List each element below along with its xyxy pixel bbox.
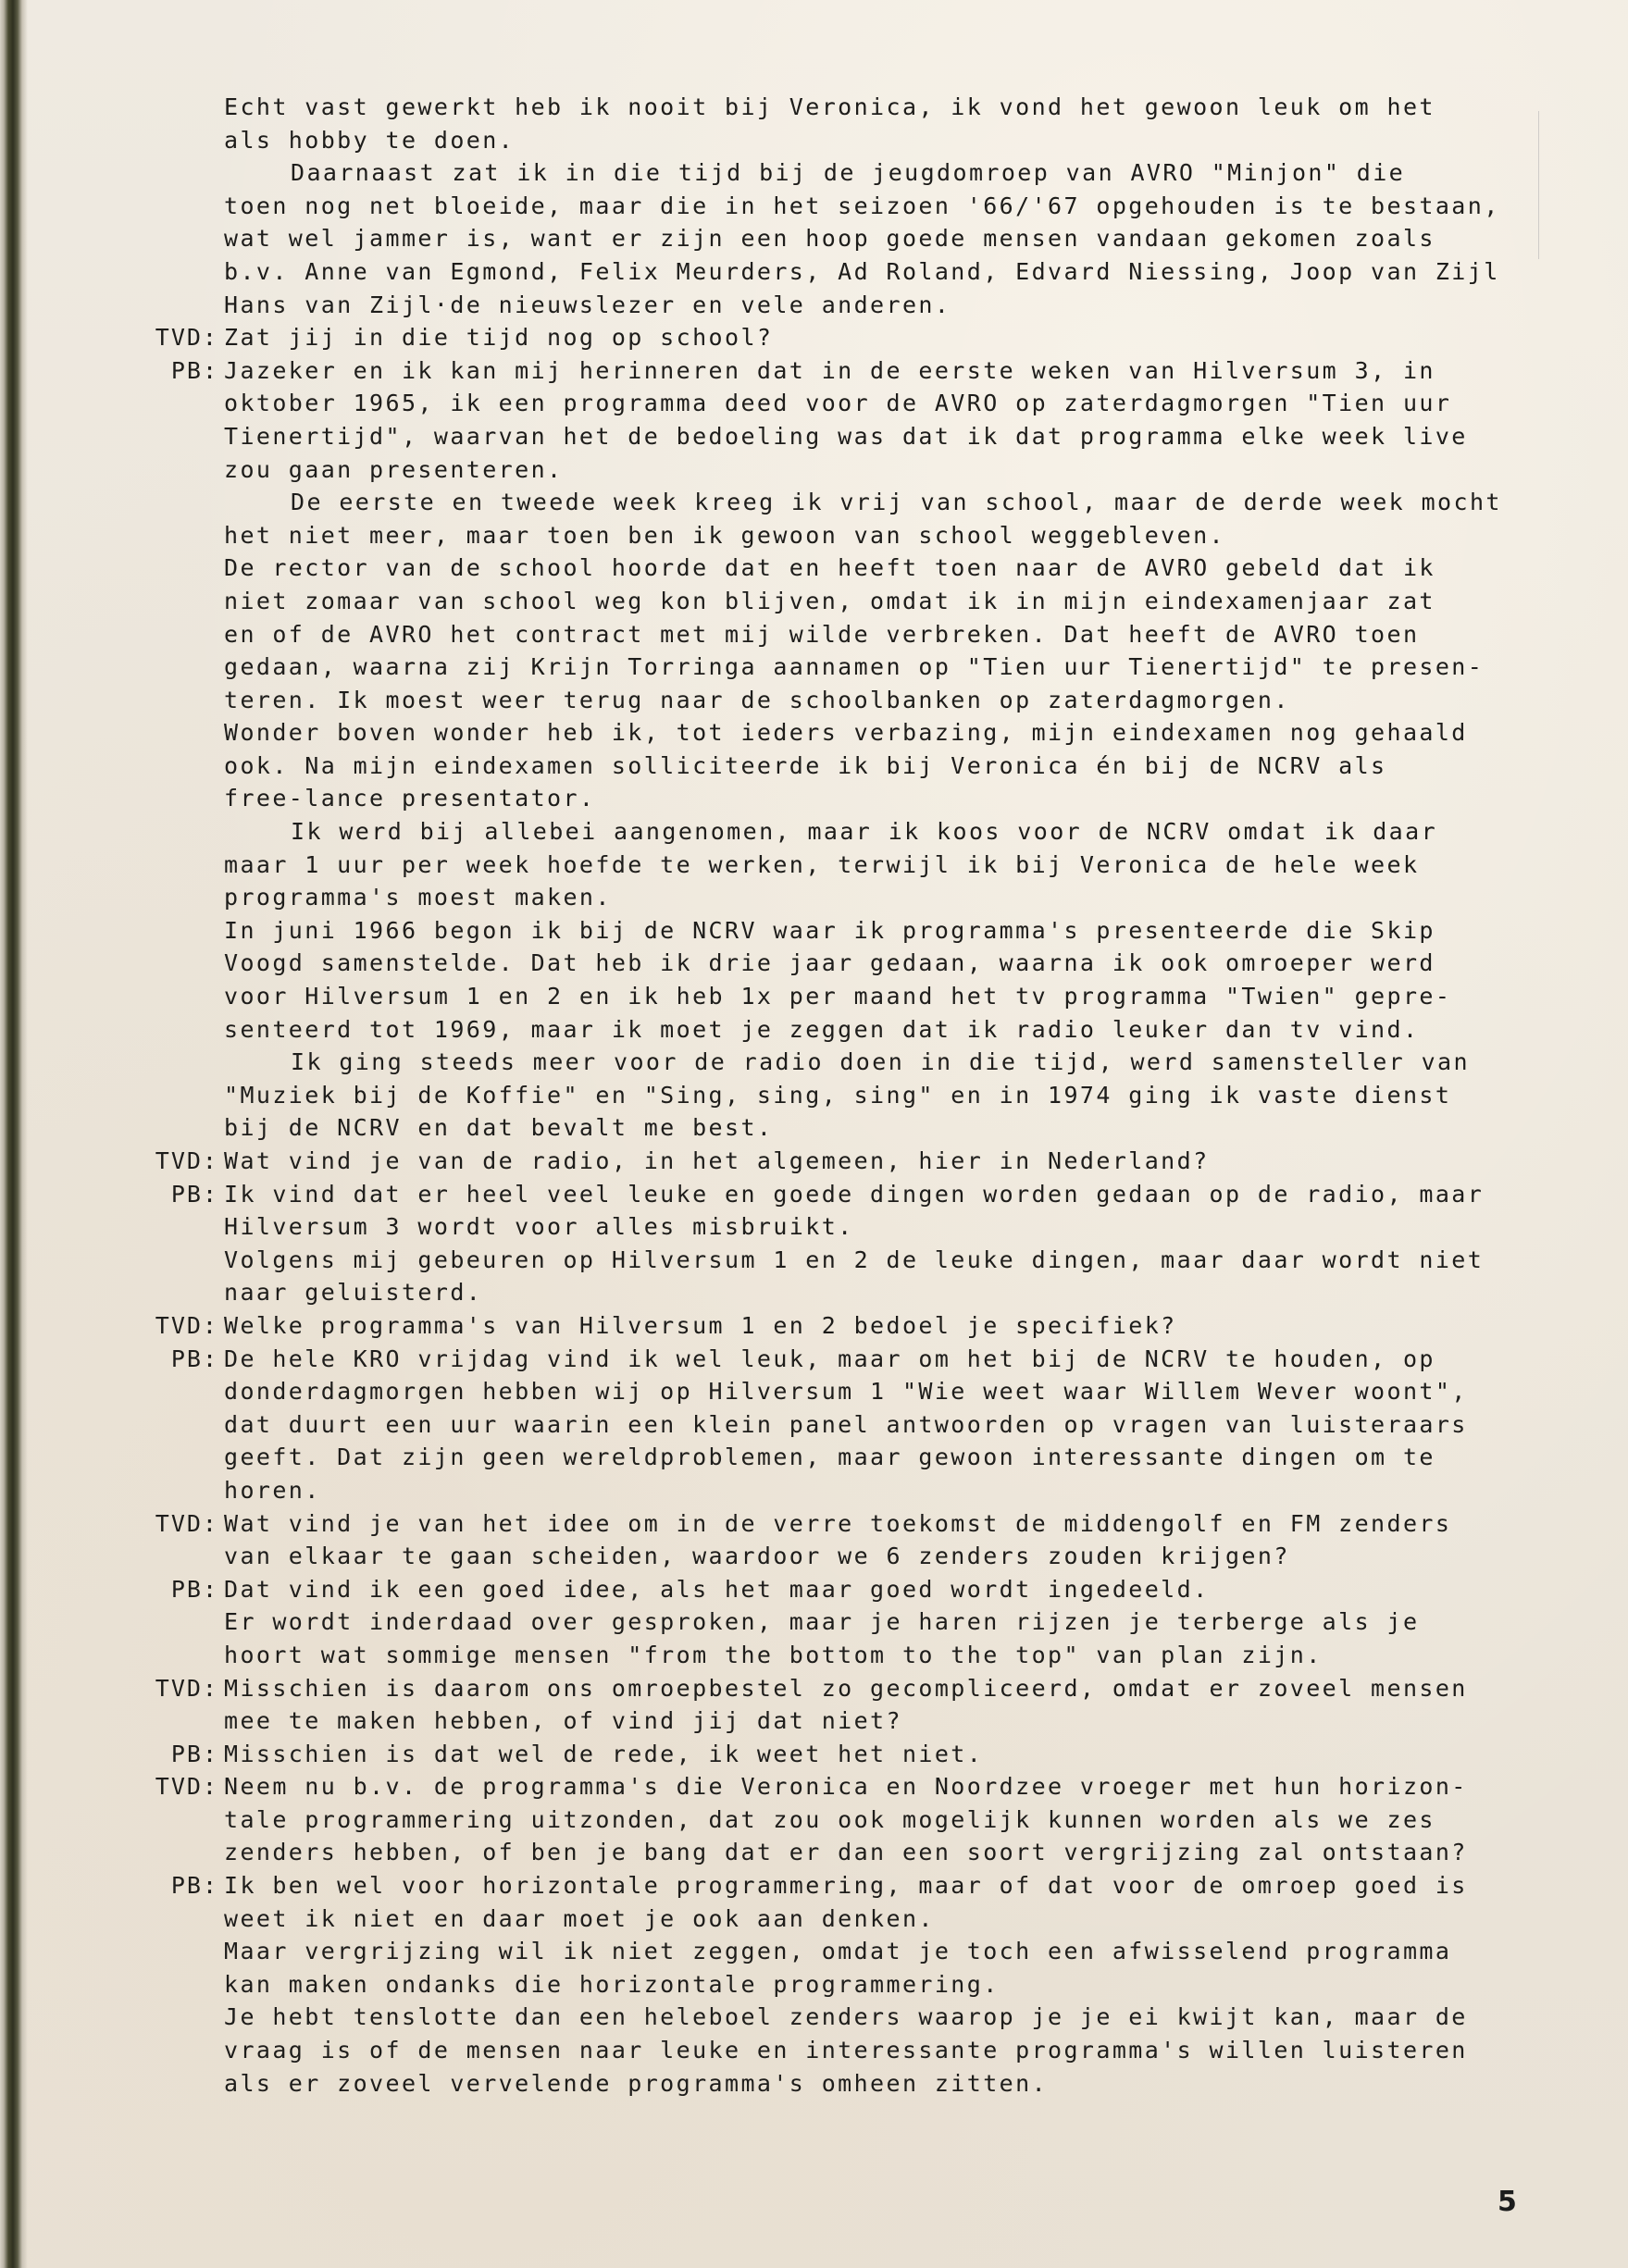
interview-line: maar 1 uur per week hoefde te werken, te… [130, 849, 1573, 882]
speaker-label-interviewer: TVD: [130, 1507, 218, 1541]
line-text: gedaan, waarna zij Krijn Torringa aannam… [224, 651, 1484, 684]
line-text: Dat vind ik een goed idee, als het maar … [224, 1573, 1210, 1606]
line-text: senteerd tot 1969, maar ik moet je zegge… [224, 1013, 1419, 1047]
line-text: Misschien is daarom ons omroepbestel zo … [224, 1672, 1468, 1705]
line-text: Wat vind je van de radio, in het algemee… [224, 1145, 1210, 1178]
interview-line: Je hebt tenslotte dan een heleboel zende… [130, 2001, 1573, 2034]
interview-line: Ik werd bij allebei aangenomen, maar ik … [130, 815, 1573, 849]
speaker-label-interviewer: TVD: [130, 1145, 218, 1178]
interview-line: weet ik niet en daar moet je ook aan den… [130, 1902, 1573, 1936]
line-text: naar geluisterd. [224, 1276, 482, 1309]
line-text: weet ik niet en daar moet je ook aan den… [224, 1902, 935, 1936]
interview-line: hoort wat sommige mensen "from the botto… [130, 1639, 1573, 1672]
line-text: vraag is of de mensen naar leuke en inte… [224, 2034, 1468, 2067]
interview-line: De eerste en tweede week kreeg ik vrij v… [130, 486, 1573, 519]
interview-line: zenders hebben, of ben je bang dat er da… [130, 1836, 1573, 1869]
interview-line: De rector van de school hoorde dat en he… [130, 552, 1573, 585]
line-text: Daarnaast zat ik in die tijd bij de jeug… [291, 156, 1405, 190]
interview-line: TVD:Welke programma's van Hilversum 1 en… [130, 1309, 1573, 1343]
interview-line: TVD:Misschien is daarom ons omroepbestel… [130, 1672, 1573, 1705]
line-text: als er zoveel vervelende programma's omh… [224, 2067, 1048, 2101]
interview-line: Er wordt inderdaad over gesproken, maar … [130, 1605, 1573, 1639]
line-text: Welke programma's van Hilversum 1 en 2 b… [224, 1309, 1177, 1343]
line-text: en of de AVRO het contract met mij wilde… [224, 618, 1419, 651]
binding-shadow [0, 0, 28, 2268]
line-text: Echt vast gewerkt heb ik nooit bij Veron… [224, 91, 1435, 124]
interview-line: tale programmering uitzonden, dat zou oo… [130, 1803, 1573, 1837]
line-text: tale programmering uitzonden, dat zou oo… [224, 1803, 1435, 1837]
line-text: ook. Na mijn eindexamen solliciteerde ik… [224, 750, 1387, 783]
interview-line: het niet meer, maar toen ben ik gewoon v… [130, 519, 1573, 552]
line-text: Je hebt tenslotte dan een heleboel zende… [224, 2001, 1468, 2034]
line-text: bij de NCRV en dat bevalt me best. [224, 1111, 773, 1145]
interview-line: dat duurt een uur waarin een klein panel… [130, 1408, 1573, 1442]
line-text: Ik ging steeds meer voor de radio doen i… [291, 1046, 1470, 1079]
interview-line: zou gaan presenteren. [130, 453, 1573, 487]
interview-line: horen. [130, 1474, 1573, 1507]
interview-line: TVD:Wat vind je van de radio, in het alg… [130, 1145, 1573, 1178]
line-text: Maar vergrijzing wil ik niet zeggen, omd… [224, 1935, 1451, 1968]
interview-line: Hilversum 3 wordt voor alles misbruikt. [130, 1210, 1573, 1244]
line-text: Hans van Zijl·de nieuwslezer en vele and… [224, 289, 951, 322]
line-text: Jazeker en ik kan mij herinneren dat in … [224, 354, 1435, 388]
line-text: Misschien is dat wel de rede, ik weet he… [224, 1738, 983, 1771]
speaker-label-interviewee: PB: [130, 1573, 218, 1606]
interview-line: gedaan, waarna zij Krijn Torringa aannam… [130, 651, 1573, 684]
speaker-label-interviewer: TVD: [130, 321, 218, 354]
interview-line: kan maken ondanks die horizontale progra… [130, 1968, 1573, 2002]
intro-line: toen nog net bloeide, maar die in het se… [130, 190, 1573, 223]
speaker-label-interviewee: PB: [130, 1738, 218, 1771]
interview-line: Tienertijd", waarvan het de bedoeling wa… [130, 420, 1573, 453]
intro-line: Hans van Zijl·de nieuwslezer en vele and… [130, 289, 1573, 322]
interview-line: oktober 1965, ik een programma deed voor… [130, 387, 1573, 420]
line-text: Hilversum 3 wordt voor alles misbruikt. [224, 1210, 854, 1244]
speaker-label-interviewer: TVD: [130, 1309, 218, 1343]
interview-line: TVD:Zat jij in die tijd nog op school? [130, 321, 1573, 354]
interview-line: senteerd tot 1969, maar ik moet je zegge… [130, 1013, 1573, 1047]
line-text: donderdagmorgen hebben wij op Hilversum … [224, 1375, 1468, 1408]
line-text: wat wel jammer is, want er zijn een hoop… [224, 222, 1435, 255]
line-text: "Muziek bij de Koffie" en "Sing, sing, s… [224, 1079, 1451, 1112]
line-text: De eerste en tweede week kreeg ik vrij v… [291, 486, 1502, 519]
line-text: Ik ben wel voor horizontale programmerin… [224, 1869, 1468, 1902]
intro-line: Daarnaast zat ik in die tijd bij de jeug… [130, 156, 1573, 190]
interview-line: Ik ging steeds meer voor de radio doen i… [130, 1046, 1573, 1079]
line-text: De rector van de school hoorde dat en he… [224, 552, 1435, 585]
interview-line: geeft. Dat zijn geen wereldproblemen, ma… [130, 1441, 1573, 1474]
interview-line: PB:Ik vind dat er heel veel leuke en goe… [130, 1178, 1573, 1211]
line-text: het niet meer, maar toen ben ik gewoon v… [224, 519, 1225, 552]
line-text: kan maken ondanks die horizontale progra… [224, 1968, 1000, 2002]
speaker-label-interviewee: PB: [130, 354, 218, 388]
line-text: Neem nu b.v. de programma's die Veronica… [224, 1770, 1468, 1803]
speaker-label-interviewee: PB: [130, 1869, 218, 1902]
interview-line: Volgens mij gebeuren op Hilversum 1 en 2… [130, 1244, 1573, 1277]
line-text: In juni 1966 begon ik bij de NCRV waar i… [224, 914, 1435, 948]
interview-line: PB:Misschien is dat wel de rede, ik weet… [130, 1738, 1573, 1771]
interview-line: PB:De hele KRO vrijdag vind ik wel leuk,… [130, 1343, 1573, 1376]
interview-line: "Muziek bij de Koffie" en "Sing, sing, s… [130, 1079, 1573, 1112]
line-text: Er wordt inderdaad over gesproken, maar … [224, 1605, 1419, 1639]
intro-line: b.v. Anne van Egmond, Felix Meurders, Ad… [130, 255, 1573, 289]
interview-line: programma's moest maken. [130, 881, 1573, 914]
line-text: Wat vind je van het idee om in de verre … [224, 1507, 1451, 1541]
line-text: De hele KRO vrijdag vind ik wel leuk, ma… [224, 1343, 1435, 1376]
line-text: mee te maken hebben, of vind jij dat nie… [224, 1704, 902, 1738]
line-text: toen nog net bloeide, maar die in het se… [224, 190, 1500, 223]
interview-line: PB:Ik ben wel voor horizontale programme… [130, 1869, 1573, 1902]
line-text: Tienertijd", waarvan het de bedoeling wa… [224, 420, 1468, 453]
interview-text: Echt vast gewerkt heb ik nooit bij Veron… [130, 91, 1573, 2100]
speaker-label-interviewer: TVD: [130, 1672, 218, 1705]
interview-line: bij de NCRV en dat bevalt me best. [130, 1111, 1573, 1145]
interview-line: en of de AVRO het contract met mij wilde… [130, 618, 1573, 651]
interview-line: donderdagmorgen hebben wij op Hilversum … [130, 1375, 1573, 1408]
line-text: Ik werd bij allebei aangenomen, maar ik … [291, 815, 1437, 849]
interview-line: als er zoveel vervelende programma's omh… [130, 2067, 1573, 2101]
line-text: horen. [224, 1474, 321, 1507]
line-text: b.v. Anne van Egmond, Felix Meurders, Ad… [224, 255, 1500, 289]
intro-line: als hobby te doen. [130, 124, 1573, 157]
line-text: hoort wat sommige mensen "from the botto… [224, 1639, 1323, 1672]
interview-line: mee te maken hebben, of vind jij dat nie… [130, 1704, 1573, 1738]
interview-line: voor Hilversum 1 en 2 en ik heb 1x per m… [130, 980, 1573, 1013]
line-text: oktober 1965, ik een programma deed voor… [224, 387, 1451, 420]
line-text: maar 1 uur per week hoefde te werken, te… [224, 849, 1419, 882]
line-text: Voogd samenstelde. Dat heb ik drie jaar … [224, 947, 1435, 980]
interview-line: vraag is of de mensen naar leuke en inte… [130, 2034, 1573, 2067]
line-text: voor Hilversum 1 en 2 en ik heb 1x per m… [224, 980, 1451, 1013]
interview-line: PB:Dat vind ik een goed idee, als het ma… [130, 1573, 1573, 1606]
intro-line: wat wel jammer is, want er zijn een hoop… [130, 222, 1573, 255]
interview-line: TVD:Neem nu b.v. de programma's die Vero… [130, 1770, 1573, 1803]
line-text: Wonder boven wonder heb ik, tot ieders v… [224, 716, 1468, 750]
speaker-label-interviewee: PB: [130, 1178, 218, 1211]
line-text: free-lance presentator. [224, 782, 595, 815]
line-text: zenders hebben, of ben je bang dat er da… [224, 1836, 1468, 1869]
line-text: zou gaan presenteren. [224, 453, 563, 487]
line-text: als hobby te doen. [224, 124, 515, 157]
interview-line: van elkaar te gaan scheiden, waardoor we… [130, 1540, 1573, 1573]
interview-line: naar geluisterd. [130, 1276, 1573, 1309]
interview-line: teren. Ik moest weer terug naar de schoo… [130, 684, 1573, 717]
line-text: geeft. Dat zijn geen wereldproblemen, ma… [224, 1441, 1435, 1474]
interview-line: TVD:Wat vind je van het idee om in de ve… [130, 1507, 1573, 1541]
line-text: Ik vind dat er heel veel leuke en goede … [224, 1178, 1484, 1211]
interview-line: PB:Jazeker en ik kan mij herinneren dat … [130, 354, 1573, 388]
line-text: niet zomaar van school weg kon blijven, … [224, 585, 1435, 618]
speaker-label-interviewee: PB: [130, 1343, 218, 1376]
line-text: Volgens mij gebeuren op Hilversum 1 en 2… [224, 1244, 1484, 1277]
interview-line: In juni 1966 begon ik bij de NCRV waar i… [130, 914, 1573, 948]
interview-line: niet zomaar van school weg kon blijven, … [130, 585, 1573, 618]
interview-line: ook. Na mijn eindexamen solliciteerde ik… [130, 750, 1573, 783]
line-text: Zat jij in die tijd nog op school? [224, 321, 773, 354]
interview-line: Wonder boven wonder heb ik, tot ieders v… [130, 716, 1573, 750]
interview-line: Maar vergrijzing wil ik niet zeggen, omd… [130, 1935, 1573, 1968]
interview-line: Voogd samenstelde. Dat heb ik drie jaar … [130, 947, 1573, 980]
line-text: dat duurt een uur waarin een klein panel… [224, 1408, 1468, 1442]
line-text: van elkaar te gaan scheiden, waardoor we… [224, 1540, 1290, 1573]
interview-line: free-lance presentator. [130, 782, 1573, 815]
line-text: teren. Ik moest weer terug naar de schoo… [224, 684, 1290, 717]
page-number: 5 [1498, 2186, 1517, 2218]
speaker-label-interviewer: TVD: [130, 1770, 218, 1803]
line-text: programma's moest maken. [224, 881, 612, 914]
intro-line: Echt vast gewerkt heb ik nooit bij Veron… [130, 91, 1573, 124]
